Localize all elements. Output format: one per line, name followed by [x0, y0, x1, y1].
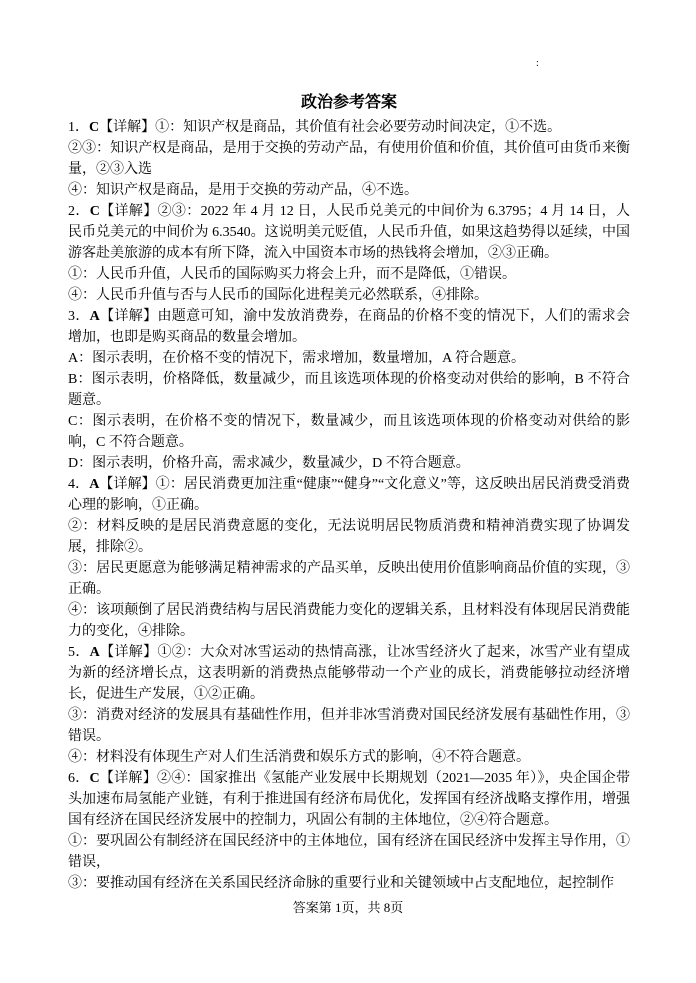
explanation-paragraph: ①：人民币升值，人民币的国际购买力将会上升，而不是降低，①错误。 [68, 264, 630, 285]
page-title: 政治参考答案 [68, 93, 630, 112]
question-lead: 1．C【详解】①：知识产权是商品，其价值有社会必要劳动时间决定，①不选。 [68, 117, 630, 138]
question-block-2: 2．C【详解】②③：2022 年 4 月 12 日，人民币兑美元的中间价为 6.… [68, 201, 630, 306]
question-number: 5． [68, 645, 90, 660]
question-lead: 3．A【详解】由题意可知，渝中发放消费券，在商品的价格不变的情况下，人们的需求会… [68, 306, 630, 348]
explanation-text: 【详解】②③：2022 年 4 月 12 日，人民币兑美元的中间价为 6.379… [68, 204, 630, 261]
explanation-paragraph: ④：知识产权是商品，是用于交换的劳动产品，④不选。 [68, 180, 630, 201]
question-lead: 4．A【详解】①：居民消费更加注重“健康”“健身”“文化意义”等，这反映出居民消… [68, 474, 630, 516]
answer-letter: C [90, 771, 100, 786]
explanation-text: 【详解】①：居民消费更加注重“健康”“健身”“文化意义”等，这反映出居民消费受消… [68, 477, 630, 513]
explanation-paragraph: ④：人民币升值与否与人民币的国际化进程美元必然联系，④排除。 [68, 285, 630, 306]
question-lead: 2．C【详解】②③：2022 年 4 月 12 日，人民币兑美元的中间价为 6.… [68, 201, 630, 264]
answer-letter: A [90, 645, 100, 660]
document-page: : 政治参考答案 1．C【详解】①：知识产权是商品，其价值有社会必要劳动时间决定… [0, 0, 696, 983]
answer-letter: C [89, 120, 99, 135]
question-number: 3． [68, 309, 90, 324]
question-block-5: 5．A【详解】①②：大众对冰雪运动的热情高涨，让冰雪经济火了起来，冰雪产业有望成… [68, 642, 630, 768]
explanation-paragraph: C：图示表明，在价格不变的情况下，数量减少，而且该选项体现的价格变动对供给的影响… [68, 411, 630, 453]
explanation-paragraph: D：图示表明，价格升高，需求减少，数量减少，D 不符合题意。 [68, 453, 630, 474]
corner-mark: : [536, 59, 539, 69]
explanation-paragraph: ①：要巩固公有制经济在国民经济中的主体地位，国有经济在国民经济中发挥主导作用，①… [68, 831, 630, 873]
explanation-paragraph: ③：要推动国有经济在关系国民经济命脉的重要行业和关键领域中占支配地位，起控制作 [68, 873, 630, 894]
explanation-paragraph: ④：材料没有体现生产对人们生活消费和娱乐方式的影响，④不符合题意。 [68, 747, 630, 768]
question-number: 1． [68, 120, 89, 135]
question-block-6: 6．C【详解】②④：国家推出《氢能产业发展中长期规划（2021—2035 年）》… [68, 768, 630, 894]
explanation-paragraph: B：图示表明，价格降低，数量减少，而且该选项体现的价格变动对供给的影响，B 不符… [68, 369, 630, 411]
question-lead: 6．C【详解】②④：国家推出《氢能产业发展中长期规划（2021—2035 年）》… [68, 768, 630, 831]
question-block-3: 3．A【详解】由题意可知，渝中发放消费券，在商品的价格不变的情况下，人们的需求会… [68, 306, 630, 474]
explanation-paragraph: ②③：知识产权是商品，是用于交换的劳动产品，有使用价值和价值，其价值可由货币来衡… [68, 138, 630, 180]
question-number: 6． [68, 771, 90, 786]
document-content: 政治参考答案 1．C【详解】①：知识产权是商品，其价值有社会必要劳动时间决定，①… [68, 93, 630, 894]
explanation-text: 【详解】由题意可知，渝中发放消费券，在商品的价格不变的情况下，人们的需求会增加，… [68, 309, 630, 345]
page-footer: 答案第 1页，共 8页 [0, 900, 696, 916]
explanation-paragraph: ③：居民更愿意为能够满足精神需求的产品买单，反映出使用价值影响商品价值的实现，③… [68, 558, 630, 600]
explanation-text: 【详解】①②：大众对冰雪运动的热情高涨，让冰雪经济火了起来，冰雪产业有望成为新的… [68, 645, 630, 702]
question-number: 2． [68, 204, 90, 219]
explanation-text: 【详解】①：知识产权是商品，其价值有社会必要劳动时间决定，①不选。 [99, 120, 561, 135]
explanation-paragraph: ④：该项颠倒了居民消费结构与居民消费能力变化的逻辑关系，且材料没有体现居民消费能… [68, 600, 630, 642]
question-number: 4． [68, 477, 89, 492]
answer-letter: A [89, 477, 99, 492]
question-block-4: 4．A【详解】①：居民消费更加注重“健康”“健身”“文化意义”等，这反映出居民消… [68, 474, 630, 642]
answer-letter: A [90, 309, 100, 324]
explanation-paragraph: A：图示表明，在价格不变的情况下，需求增加，数量增加，A 符合题意。 [68, 348, 630, 369]
explanation-paragraph: ②：材料反映的是居民消费意愿的变化，无法说明居民物质消费和精神消费实现了协调发展… [68, 516, 630, 558]
explanation-paragraph: ③：消费对经济的发展具有基础性作用，但并非冰雪消费对国民经济发展有基础性作用，③… [68, 705, 630, 747]
explanation-text: 【详解】②④：国家推出《氢能产业发展中长期规划（2021—2035 年）》，央企… [68, 771, 630, 828]
answer-letter: C [90, 204, 100, 219]
question-block-1: 1．C【详解】①：知识产权是商品，其价值有社会必要劳动时间决定，①不选。 ②③：… [68, 117, 630, 201]
question-lead: 5．A【详解】①②：大众对冰雪运动的热情高涨，让冰雪经济火了起来，冰雪产业有望成… [68, 642, 630, 705]
